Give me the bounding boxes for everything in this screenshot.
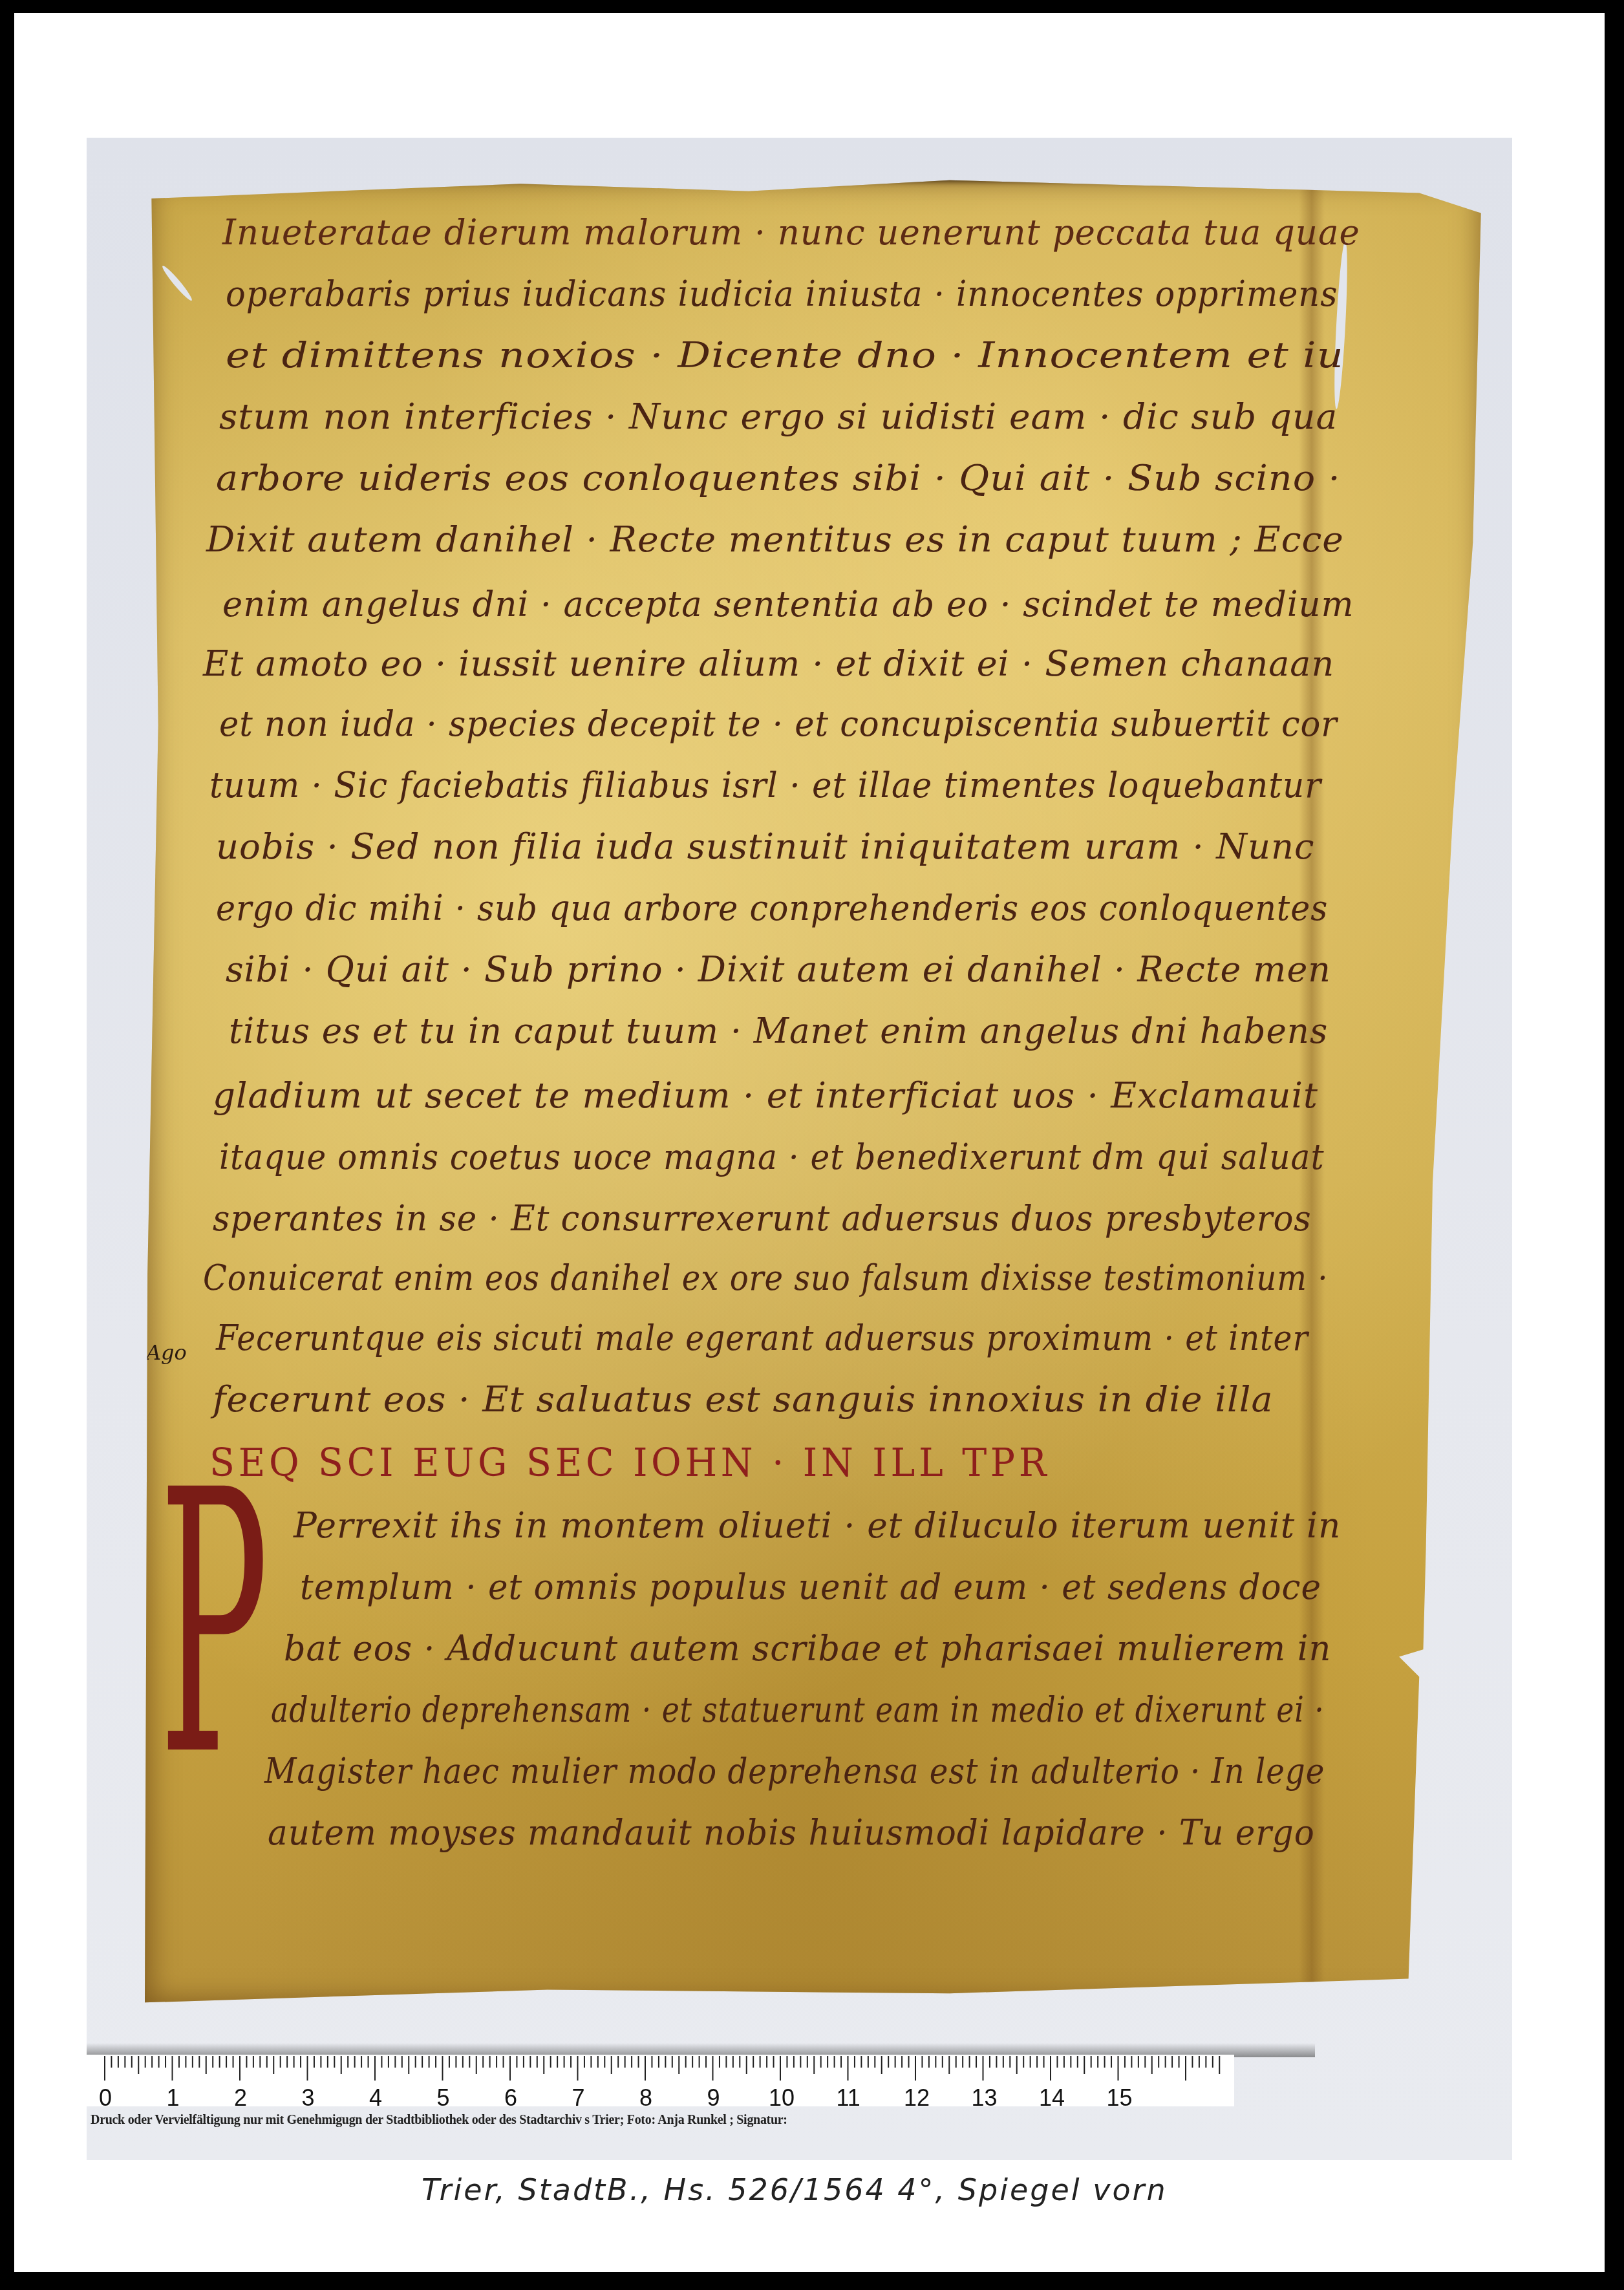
manuscript-line: adulterio deprehensam · et statuerunt ea… xyxy=(271,1689,1325,1730)
manuscript-line: autem moyses mandauit nobis huiusmodi la… xyxy=(268,1812,1315,1853)
manuscript-line: gladium ut secet te medium · et interfic… xyxy=(213,1075,1318,1116)
ruler-ticks xyxy=(87,2055,1234,2082)
manuscript-line: sibi · Qui ait · Sub prino · Dixit autem… xyxy=(226,949,1331,990)
ruler-label: 7 xyxy=(572,2084,585,2112)
ruler-label: 14 xyxy=(1039,2084,1065,2112)
manuscript-photo: Inueteratae dierum malorum · nunc ueneru… xyxy=(87,138,1512,2160)
ruler-label: 2 xyxy=(234,2084,247,2112)
manuscript-line: fecerunt eos · Et saluatus est sanguis i… xyxy=(213,1379,1273,1420)
manuscript-line: Conuicerat enim eos danihel ex ore suo f… xyxy=(203,1257,1328,1298)
decorated-initial-p: P xyxy=(159,1444,269,1806)
manuscript-line: Feceruntque eis sicuti male egerant adue… xyxy=(216,1318,1309,1358)
manuscript-line: operabaris prius iudicans iudicia iniust… xyxy=(226,273,1338,314)
manuscript-line: Inueteratae dierum malorum · nunc ueneru… xyxy=(222,212,1360,253)
manuscript-line: Et amoto eo · iussit uenire alium · et d… xyxy=(203,643,1334,684)
manuscript-text-block: Inueteratae dierum malorum · nunc ueneru… xyxy=(145,177,1486,2006)
ruler-label: 12 xyxy=(904,2084,930,2112)
ruler-label: 13 xyxy=(972,2084,998,2112)
ruler-label: 1 xyxy=(167,2084,180,2112)
manuscript-line: tuum · Sic faciebatis filiabus isrl · et… xyxy=(209,765,1321,806)
manuscript-line: titus es et tu in caput tuum · Manet eni… xyxy=(229,1011,1328,1051)
manuscript-line: et dimittens noxios · Dicente dno · Inno… xyxy=(226,335,1344,376)
manuscript-line: bat eos · Adducunt autem scribae et phar… xyxy=(284,1628,1331,1669)
ruler-label: 10 xyxy=(769,2084,795,2112)
ruler-label: 0 xyxy=(99,2084,112,2112)
ruler-label: 3 xyxy=(302,2084,315,2112)
measurement-ruler: 0123456789101112131415 xyxy=(87,2055,1234,2106)
ruler-label: 15 xyxy=(1107,2084,1133,2112)
ruler-label: 9 xyxy=(707,2084,720,2112)
manuscript-line: uobis · Sed non filia iuda sustinuit ini… xyxy=(216,826,1315,867)
handwritten-shelfmark-caption: Trier, StadtB., Hs. 526/1564 4°, Spiegel… xyxy=(422,2172,1168,2207)
manuscript-line: sperantes in se · Et consurrexerunt adue… xyxy=(213,1198,1312,1239)
manuscript-line: templum · et omnis populus uenit ad eum … xyxy=(300,1567,1321,1607)
manuscript-line: arbore uideris eos conloquentes sibi · Q… xyxy=(216,458,1341,498)
manuscript-line: Magister haec mulier modo deprehensa est… xyxy=(264,1751,1325,1792)
parchment-leaf: Inueteratae dierum malorum · nunc ueneru… xyxy=(145,177,1486,2006)
manuscript-line: enim angelus dni · accepta sententia ab … xyxy=(222,584,1354,625)
manuscript-line: stum non interficies · Nunc ergo si uidi… xyxy=(219,396,1338,437)
ruler-label: 4 xyxy=(369,2084,382,2112)
manuscript-line: itaque omnis coetus uoce magna · et bene… xyxy=(219,1137,1325,1177)
manuscript-line: et non iuda · species decepit te · et co… xyxy=(219,703,1338,744)
rubric-heading: SEQ SCI EUG SEC IOHN · IN ILL TPR xyxy=(209,1440,1050,1486)
manuscript-line: Dixit autem danihel · Recte mentitus es … xyxy=(206,519,1344,560)
scan-sheet: Inueteratae dierum malorum · nunc ueneru… xyxy=(14,13,1605,2272)
ruler-label: 8 xyxy=(639,2084,652,2112)
photo-credit-line: Druck oder Vervielfältigung nur mit Gene… xyxy=(91,2113,787,2128)
ruler-label: 5 xyxy=(437,2084,450,2112)
marginal-note: Ago xyxy=(146,1340,187,1365)
manuscript-line: ergo dic mihi · sub qua arbore conprehen… xyxy=(216,888,1328,928)
ruler-label: 6 xyxy=(504,2084,517,2112)
manuscript-line: Perrexit ihs in montem oliueti · et dilu… xyxy=(294,1505,1341,1546)
ruler-label: 11 xyxy=(837,2084,860,2112)
